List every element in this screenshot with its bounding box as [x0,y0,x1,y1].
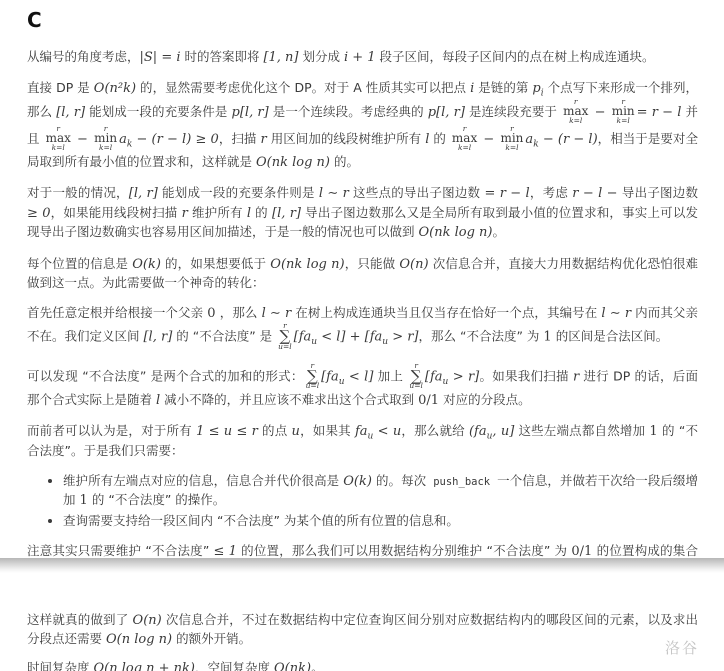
text-run: ，如果其 [300,423,355,438]
math-inline: = r − l [484,186,529,201]
paragraph-3: 对于一般的情况，[l, r] 能划成一段的充要条件则是 l ∼ r 这些点的导出… [27,184,698,242]
text-run: ，那么就给 [401,423,469,438]
text-run: 这样就真的做到了 [27,612,133,627]
text-run: 首先任意定根并给根接一个父亲 [27,305,207,320]
text-run: 的 [251,205,272,220]
math-inline: O(k) [343,474,372,489]
text-run: ，扫描 [219,131,261,146]
text-run: 维护所有 [188,205,247,220]
text-run: 而前者可以认为是，对于所有 [27,423,196,438]
math-inline: u [292,424,300,439]
text-run: 减小不降的，并且应该不难求出这个合式取到 [160,392,418,407]
lower-limit: k=l [569,117,582,125]
paragraph-4: 每个位置的信息是 O(k) 的，如果想要低于 O(nk log n)，只能做 O… [27,255,698,292]
math-inline: p[l, r] [428,105,465,120]
math-inline: O(nk log n) [418,225,492,240]
math-inline: [fa [294,330,312,345]
math-inline: O(n log n) [106,632,172,647]
math-inline: − (r − l) [539,132,598,147]
text-run: 的，如果想要低于 [161,256,270,271]
math-number: 1 [79,493,91,508]
text-run: 时的答案即将 [181,49,264,64]
limit-operator: rmink=l [94,125,117,152]
math-inline: > r] [448,370,479,385]
math-inline: l ∼ r [319,186,349,201]
text-run: 的 “不合法度” 是 [172,329,276,344]
text-run: ，那么 “不合法度” 为 [419,329,544,344]
paragraph-5: 首先任意定根并给根接一个父亲 0 ，那么 l ∼ r 在树上构成连通块当且仅当存… [27,304,698,351]
list-item: 维护所有左端点对应的信息，信息合并代价很高是 O(k) 的。每次 push_ba… [63,472,698,511]
section-divider [0,558,724,573]
text-run: 的。 [330,154,359,169]
text-run: 用区间加的线段树维护所有 [267,131,426,146]
math-inline: fa [355,424,368,439]
paragraph-8: 注意其实只需要维护 “不合法度” ≤ 1 的位置，那么我们可以用数据结构分别维护… [27,542,698,558]
summation-symbol: r∑u=l [278,322,292,350]
math-number: 0/1 [418,393,443,408]
math-inline: r − l − [572,186,622,201]
text-run: 直接 DP 是 [27,80,94,95]
paragraph-10: 这样就真的做到了 O(n) 次信息合并，不过在数据结构中定位查询区间分别对应数据… [27,611,698,650]
math-number: − [479,132,498,147]
text-run: 段子区间，每段子区间内的点在树上构成连通块。 [376,49,655,64]
math-inline: (fa [469,424,487,439]
text-run: 导出子图边数 [622,185,698,200]
text-run: 这些左端点都自然增加 [514,423,649,438]
math-number: − [590,105,609,120]
text-run: 这些点的导出子图边数 [349,185,485,200]
math-inline: p [532,81,540,96]
math-inline: [l, r] [56,105,85,120]
math-number: 0/1 [571,544,596,558]
math-inline: − (r − l) ≥ 0 [132,132,219,147]
math-inline: [l, r] [143,330,172,345]
text-run: 。如果我们扫描 [479,369,573,384]
text-run: ，考虑 [530,185,573,200]
text-run: 的额外开销。 [172,631,251,646]
paragraph-6: 可以发现 “不合法度” 是两个合式的加和的形式：r∑u=l[fau < l] 加… [27,363,698,410]
text-run: ，那么 [220,305,262,320]
math-inline: [fa [321,370,339,385]
text-run: 是一个连续段。考虑经典的 [269,104,428,119]
text-run: 对应的分段点。 [443,392,531,407]
math-inline: p[l, r] [232,105,269,120]
limit-operator: rmaxk=l [46,125,71,152]
math-inline: [l, r] [272,206,301,221]
text-run: 的 [429,131,450,146]
text-run: 加上 [373,369,407,384]
paragraph-11: 时间复杂度 O(n log n + nk)，空间复杂度 O(nk)。 [27,659,698,671]
math-inline: [1, n] [263,50,298,65]
lower-limit: u=l [278,343,292,351]
text-run: 从编号的角度考虑， [27,49,140,64]
math-inline: < u [373,424,401,439]
math-inline: O(k) [132,257,161,272]
math-inline: O(n) [399,257,428,272]
text-run: 在树上构成连通块当且仅当存在恰好一个点，其编号在 [291,305,601,320]
text-run: 查询需要支持给一段区间内 “不合法度” 为某个值的所有位置的信息和。 [63,513,459,528]
math-inline: O(nk log n) [270,257,344,272]
text-run: 的 “不合法度” 的操作。 [92,492,225,507]
document-footer-section: 这样就真的做到了 O(n) 次信息合并，不过在数据结构中定位查询区间分别对应数据… [0,573,724,671]
lower-limit: k=l [52,144,65,152]
text-run: 。 [492,224,505,239]
math-inline: l ∼ r [262,306,292,321]
limit-operator: rmink=l [500,125,523,152]
luogu-watermark: 洛谷 [665,637,699,658]
text-run: 。 [311,660,324,671]
math-inline: [fa [425,370,443,385]
text-run: 是链的第 [474,80,532,95]
text-run: 的位置，那么我们可以用数据结构分别维护 “不合法度” 为 [237,543,571,558]
lower-limit: k=l [617,117,630,125]
math-number: 0 [207,306,220,321]
limit-operator: rmaxk=l [563,98,588,125]
lower-limit: u=l [306,382,320,390]
text-run: 维护所有左端点对应的信息，信息合并代价很高是 [63,473,343,488]
text-run: 注意其实只需要维护 “不合法度” [27,543,213,558]
text-run: 的。每次 [372,473,430,488]
math-inline: O(n) [133,613,162,628]
math-inline: |S| = i [140,50,181,65]
math-inline: i + 1 [344,50,376,65]
text-run: 的点 [258,423,292,438]
solution-document-page: C从编号的角度考虑，|S| = i 时的答案即将 [1, n] 划分成 i + … [0,0,724,671]
math-number: − [73,132,92,147]
math-inline: ≥ 0 [27,206,50,221]
math-inline: > r] [388,330,418,345]
lower-limit: k=l [458,144,471,152]
operator-glyph: ∑ [280,330,291,343]
text-run: ，只能做 [345,256,400,271]
limit-operator: rmink=l [612,98,635,125]
list-item: 查询需要支持给一段区间内 “不合法度” 为某个值的所有位置的信息和。 [63,512,698,531]
lower-limit: k=l [99,144,112,152]
lower-limit: u=l [409,382,423,390]
text-run: 是连续段充要于 [465,104,561,119]
math-inline: [l, r] [129,186,158,201]
text-run: 划分成 [299,49,344,64]
math-inline: 1 ≤ u ≤ r [196,424,258,439]
math-inline: , u] [492,424,514,439]
document-main-section: C从编号的角度考虑，|S| = i 时的答案即将 [1, n] 划分成 i + … [0,0,724,558]
text-run: 每个位置的信息是 [27,256,132,271]
math-inline: l ∼ r [601,306,631,321]
text-run: 时间复杂度 [27,660,93,671]
requirements-list: 维护所有左端点对应的信息，信息合并代价很高是 O(k) 的。每次 push_ba… [27,472,698,531]
math-inline: O(n log n + nk) [93,661,195,671]
limit-operator: rmaxk=l [452,125,477,152]
paragraph-2: 直接 DP 是 O(n²k) 的，显然需要考虑优化这个 DP。对于 A 性质其实… [27,79,698,172]
math-inline: < l] [345,370,374,385]
math-inline: a [119,132,127,147]
text-run: ，如果能用线段树扫描 [50,205,181,220]
paragraph-1: 从编号的角度考虑，|S| = i 时的答案即将 [1, n] 划分成 i + 1… [27,48,698,67]
text-run: 对于一般的情况， [27,185,129,200]
section-heading: C [27,8,698,32]
text-run: 能划成一段的充要条件则是 [158,185,319,200]
summation-symbol: r∑u=l [306,362,320,390]
text-run: 可以发现 “不合法度” 是两个合式的加和的形式： [27,369,304,384]
text-run: ，空间复杂度 [195,660,274,671]
math-inline: O(n²k) [94,81,136,96]
math-inline: < l] + [fa [317,330,382,345]
inline-code: push_back [430,476,493,488]
math-inline: ≤ 1 [213,544,237,558]
text-run: 的区间是合法区间。 [556,329,669,344]
text-run: 的，显然需要考虑优化这个 DP。对于 A 性质其实可以把点 [136,80,470,95]
summation-symbol: r∑u=l [409,362,423,390]
math-inline: O(nk) [274,661,311,671]
text-run: 能划成一段的充要条件是 [85,104,231,119]
math-number: 1 [543,330,555,345]
math-number: 1 [649,424,662,439]
lower-limit: k=l [505,144,518,152]
math-inline: O(nk log n) [256,155,330,170]
math-inline: = r − l [637,105,682,120]
paragraph-7: 而前者可以认为是，对于所有 1 ≤ u ≤ r 的点 u，如果其 fau < u… [27,422,698,459]
